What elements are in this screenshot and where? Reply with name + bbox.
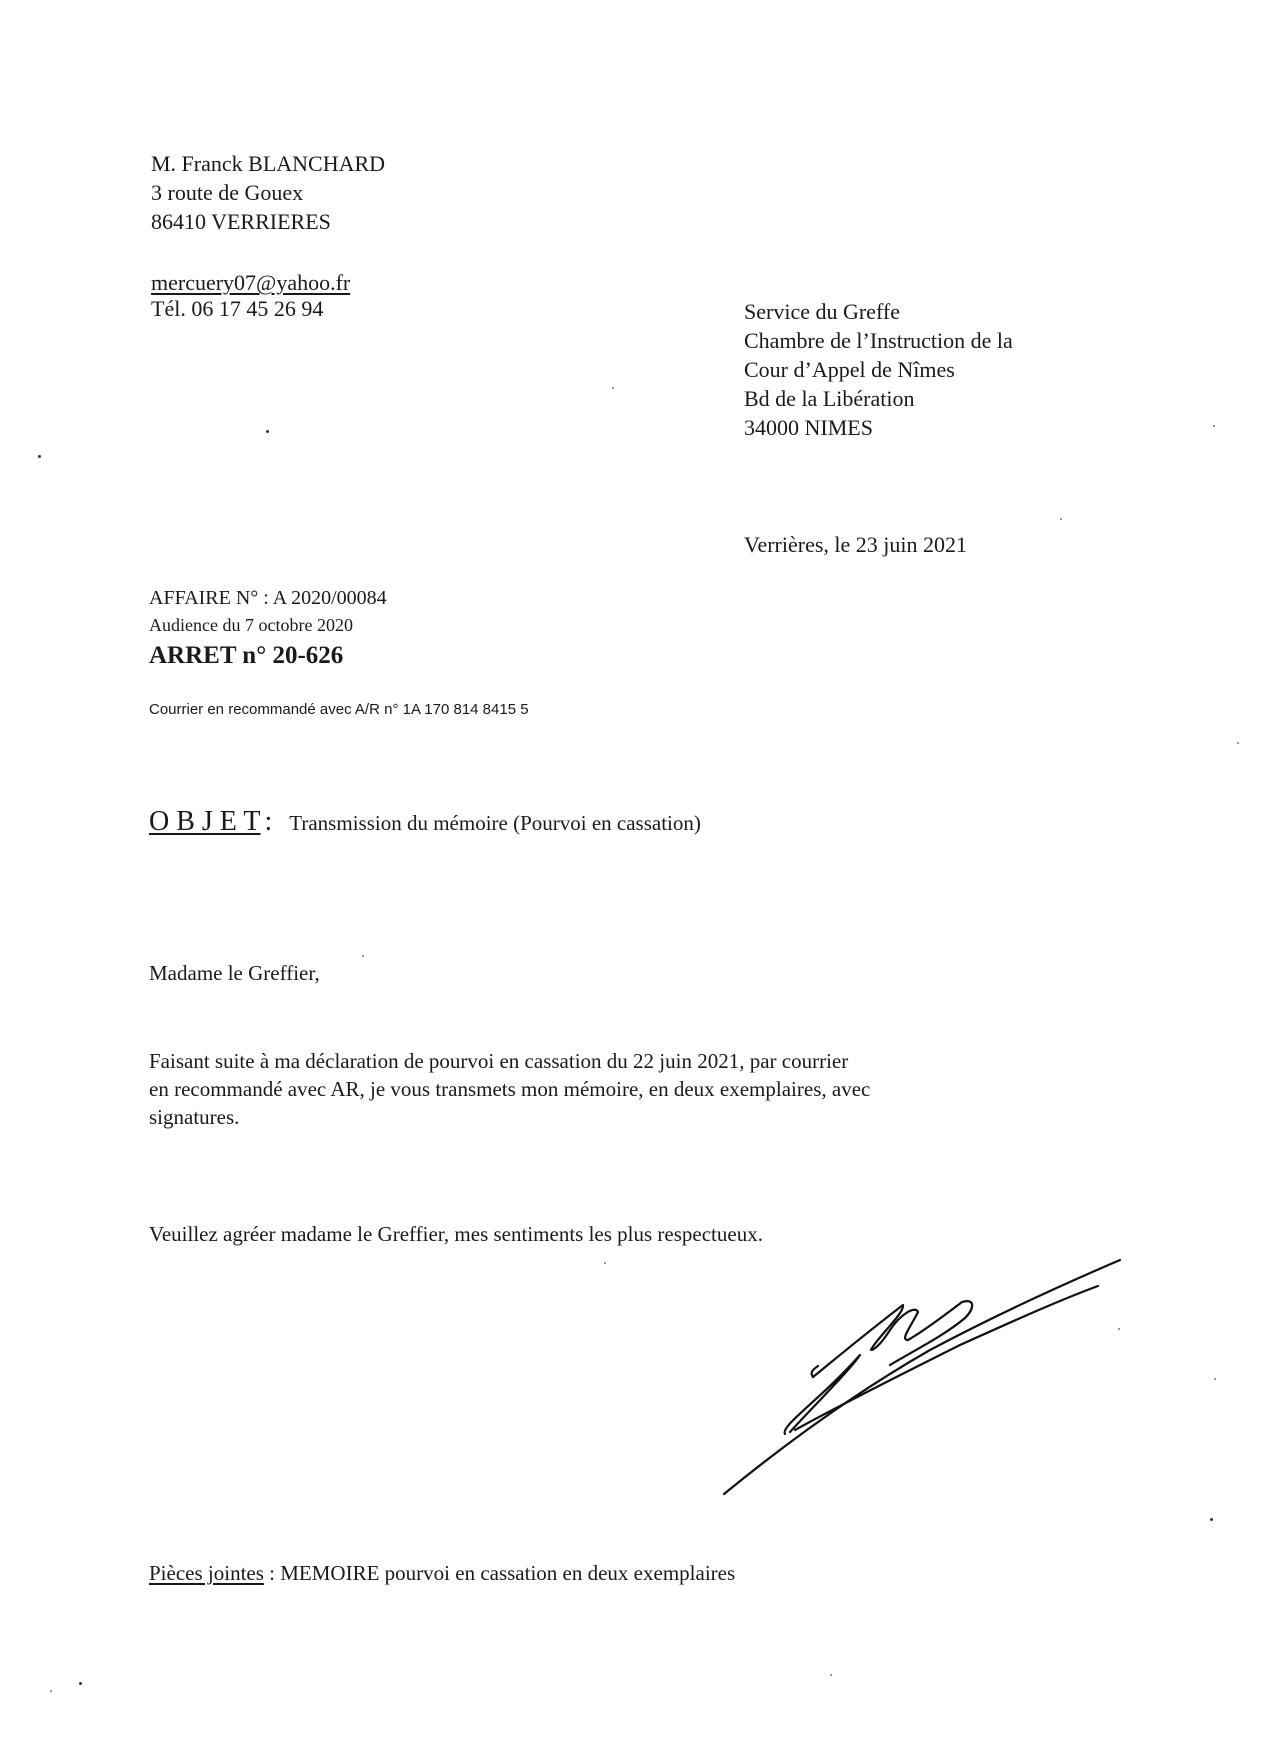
objet-separator: :: [265, 806, 273, 837]
arret-number: ARRET n° 20-626: [149, 640, 343, 672]
handwritten-signature-icon: [700, 1220, 1160, 1540]
scan-speck: [266, 430, 269, 433]
attachments-label: Pièces jointes: [149, 1561, 264, 1585]
scan-speck: [362, 955, 364, 957]
audience-date: Audience du 7 octobre 2020: [149, 614, 353, 636]
scan-speck: [830, 1674, 832, 1676]
scan-speck: [612, 387, 614, 389]
recipient-line: 34000 NIMES: [744, 413, 873, 442]
scan-speck: [1210, 1518, 1213, 1521]
recipient-line: Cour d’Appel de Nîmes: [744, 355, 955, 384]
body-line: Faisant suite à ma déclaration de pourvo…: [149, 1047, 848, 1075]
closing-formula: Veuillez agréer madame le Greffier, mes …: [149, 1220, 763, 1248]
scan-speck: [50, 1690, 52, 1692]
objet-label: O B J E T: [149, 806, 261, 837]
scan-speck: [604, 1262, 606, 1264]
recipient-line: Service du Greffe: [744, 297, 900, 326]
attachments-line: Pièces jointes : MEMOIRE pourvoi en cass…: [149, 1559, 735, 1587]
sender-city: 86410 VERRIERES: [151, 207, 331, 236]
scan-speck: [1213, 425, 1215, 427]
recipient-line: Bd de la Libération: [744, 384, 914, 413]
registered-mail-number: Courrier en recommandé avec A/R n° 1A 17…: [149, 700, 529, 720]
sender-name: M. Franck BLANCHARD: [151, 149, 385, 178]
sender-phone: Tél. 06 17 45 26 94: [151, 294, 323, 323]
objet-line: O B J E T: Transmission du mémoire (Pour…: [149, 805, 701, 840]
sender-street: 3 route de Gouex: [151, 178, 303, 207]
scan-speck: [1214, 1378, 1216, 1380]
affaire-number: AFFAIRE N° : A 2020/00084: [149, 585, 387, 611]
scan-speck: [1118, 1328, 1120, 1330]
scan-speck: [1060, 518, 1062, 520]
sender-email-link[interactable]: mercuery07@yahoo.fr: [151, 268, 350, 297]
objet-text: Transmission du mémoire (Pourvoi en cass…: [289, 811, 701, 835]
scan-speck: [1237, 742, 1239, 744]
attachments-separator: :: [264, 1561, 280, 1585]
scan-speck: [79, 1682, 82, 1685]
attachments-text: MEMOIRE pourvoi en cassation en deux exe…: [280, 1561, 735, 1585]
body-line: en recommandé avec AR, je vous transmets…: [149, 1075, 870, 1103]
scan-speck: [38, 455, 41, 458]
place-date: Verrières, le 23 juin 2021: [744, 530, 967, 559]
recipient-line: Chambre de l’Instruction de la: [744, 326, 1013, 355]
salutation: Madame le Greffier,: [149, 959, 320, 987]
body-line: signatures.: [149, 1103, 239, 1131]
